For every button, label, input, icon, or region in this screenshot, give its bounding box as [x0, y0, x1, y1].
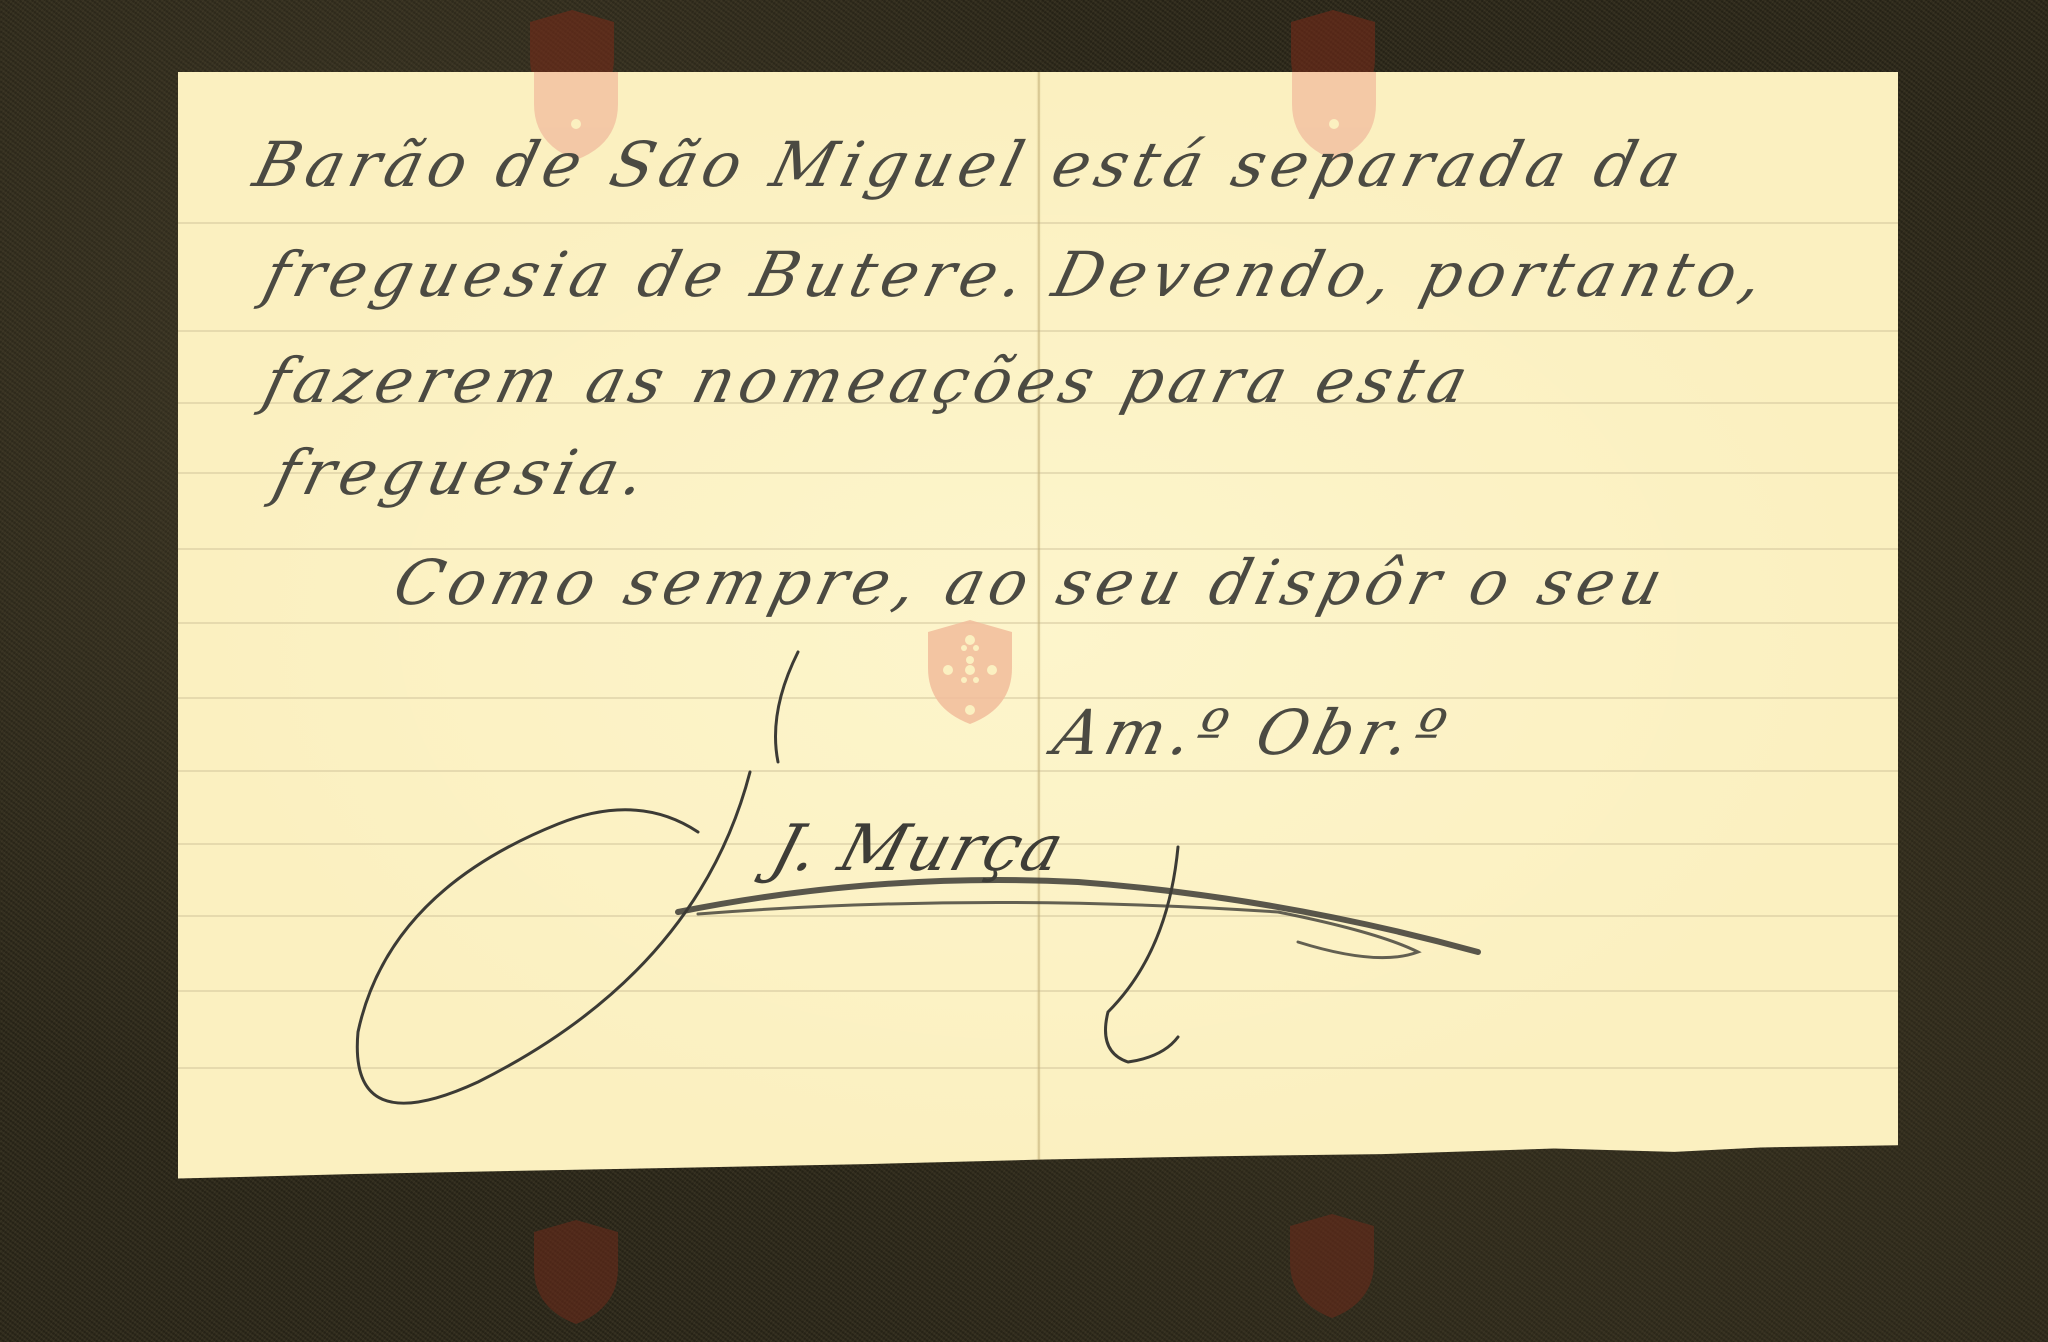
- shield-crest-icon: [924, 618, 1016, 726]
- closing-abbreviation: Am.º Obr.º: [1048, 702, 1458, 764]
- shield-crest-icon: [530, 1218, 622, 1326]
- signature: J. Murça: [763, 812, 1073, 886]
- letter-line-2: freguesia de Butere. Devendo, portanto,: [258, 244, 1775, 306]
- letter-line-1: Barão de São Miguel está separada da: [248, 134, 1692, 196]
- shield-crest-icon: [1286, 1212, 1378, 1320]
- letter-line-3: fazerem as nomeações para esta: [258, 350, 1479, 412]
- letter-line-4: freguesia.: [268, 442, 657, 504]
- letter-line-5: Como sempre, ao seu dispôr o seu: [388, 552, 1674, 614]
- letter-paper: Barão de São Miguel está separada da fre…: [178, 72, 1898, 1183]
